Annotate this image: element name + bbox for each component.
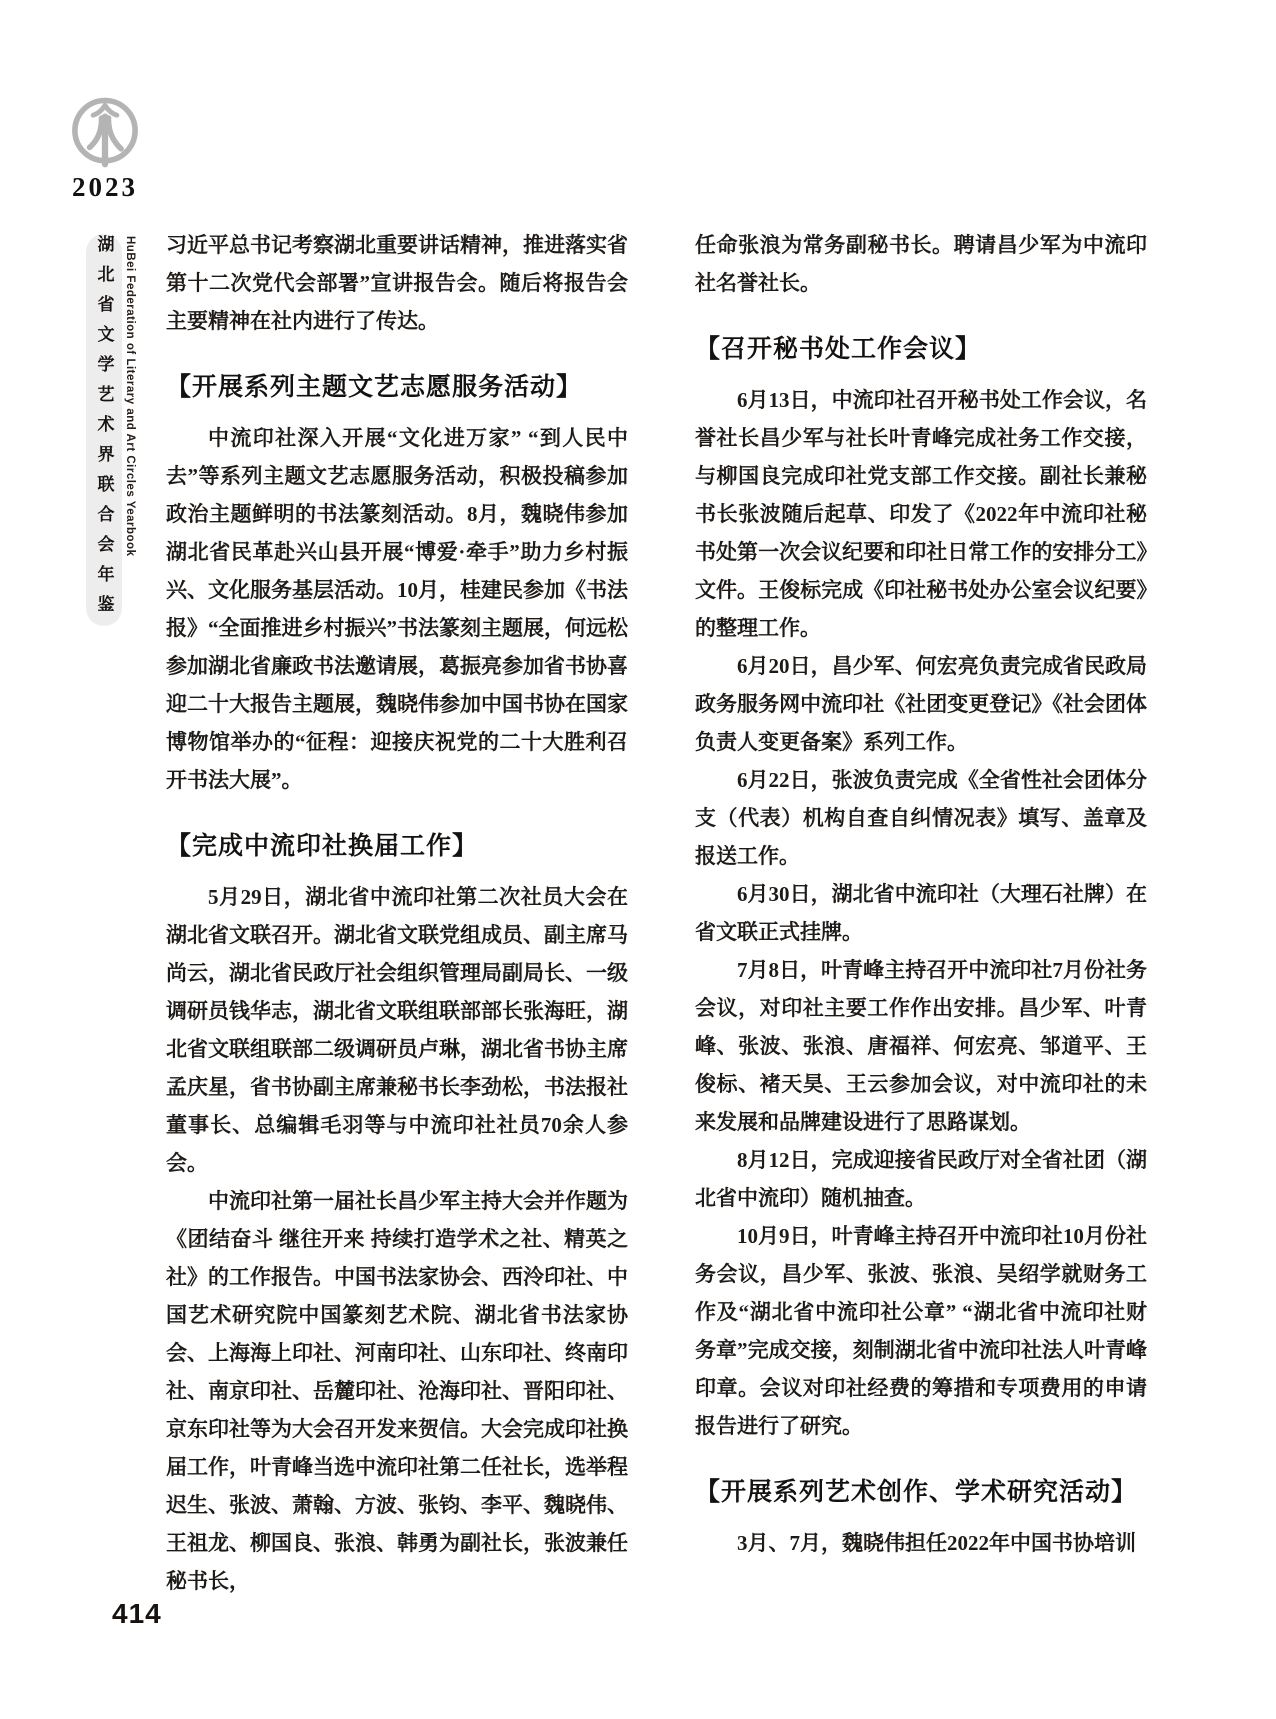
paragraph: 6月20日，昌少军、何宏亮负责完成省民政局政务服务网中流印社《社团变更登记》《社… [695,647,1147,761]
paragraph: 6月22日，张波负责完成《全省性社会团体分支（代表）机构自查自纠情况表》填写、盖… [695,761,1147,875]
paragraph: 6月13日，中流印社召开秘书处工作会议，名誉社长昌少军与社长叶青峰完成社务工作交… [695,381,1147,647]
year-label: 2023 [72,172,162,203]
paragraph: 中流印社第一届社长昌少军主持大会并作题为《团结奋斗 继往开来 持续打造学术之社、… [166,1182,628,1600]
paragraph: 中流印社深入开展“文化进万家” “到人民中去”等系列主题文艺志愿服务活动，积极投… [166,419,628,799]
sidebar-title-pill: 湖北省文学艺术界联合会年鉴 [86,234,122,626]
yearbook-page: { "page": { "year": "2023", "page_number… [0,0,1276,1719]
paragraph: 6月30日，湖北省中流印社（大理石社牌）在省文联正式挂牌。 [695,875,1147,951]
paragraph: 8月12日，完成迎接省民政厅对全省社团（湖北省中流印）随机抽查。 [695,1141,1147,1217]
federation-emblem-icon [70,94,140,170]
section-heading: 【开展系列艺术创作、学术研究活动】 [695,1445,1147,1524]
paragraph: 3月、7月，魏晓伟担任2022年中国书协培训 [695,1524,1147,1562]
left-column: 习近平总书记考察湖北重要讲话精神，推进落实省第十二次党代会部署”宣讲报告会。随后… [166,226,628,1600]
sidebar-title-cn: 湖北省文学艺术界联合会年鉴 [92,235,117,625]
section-heading: 【完成中流印社换届工作】 [166,799,628,878]
page-number: 414 [112,1598,162,1630]
section-heading: 【召开秘书处工作会议】 [695,302,1147,381]
paragraph: 习近平总书记考察湖北重要讲话精神，推进落实省第十二次党代会部署”宣讲报告会。随后… [166,226,628,340]
section-heading: 【开展系列主题文艺志愿服务活动】 [166,340,628,419]
paragraph: 7月8日，叶青峰主持召开中流印社7月份社务会议，对印社主要工作作出安排。昌少军、… [695,951,1147,1141]
paragraph: 任命张浪为常务副秘书长。聘请昌少军为中流印社名誉社长。 [695,226,1147,302]
paragraph: 5月29日，湖北省中流印社第二次社员大会在湖北省文联召开。湖北省文联党组成员、副… [166,878,628,1182]
right-column: 任命张浪为常务副秘书长。聘请昌少军为中流印社名誉社长。【召开秘书处工作会议】6月… [695,226,1147,1562]
sidebar-title-en: HuBei Federation of Literary and Art Cir… [124,236,136,636]
paragraph: 10月9日，叶青峰主持召开中流印社10月份社务会议，昌少军、张波、张浪、吴绍学就… [695,1217,1147,1445]
